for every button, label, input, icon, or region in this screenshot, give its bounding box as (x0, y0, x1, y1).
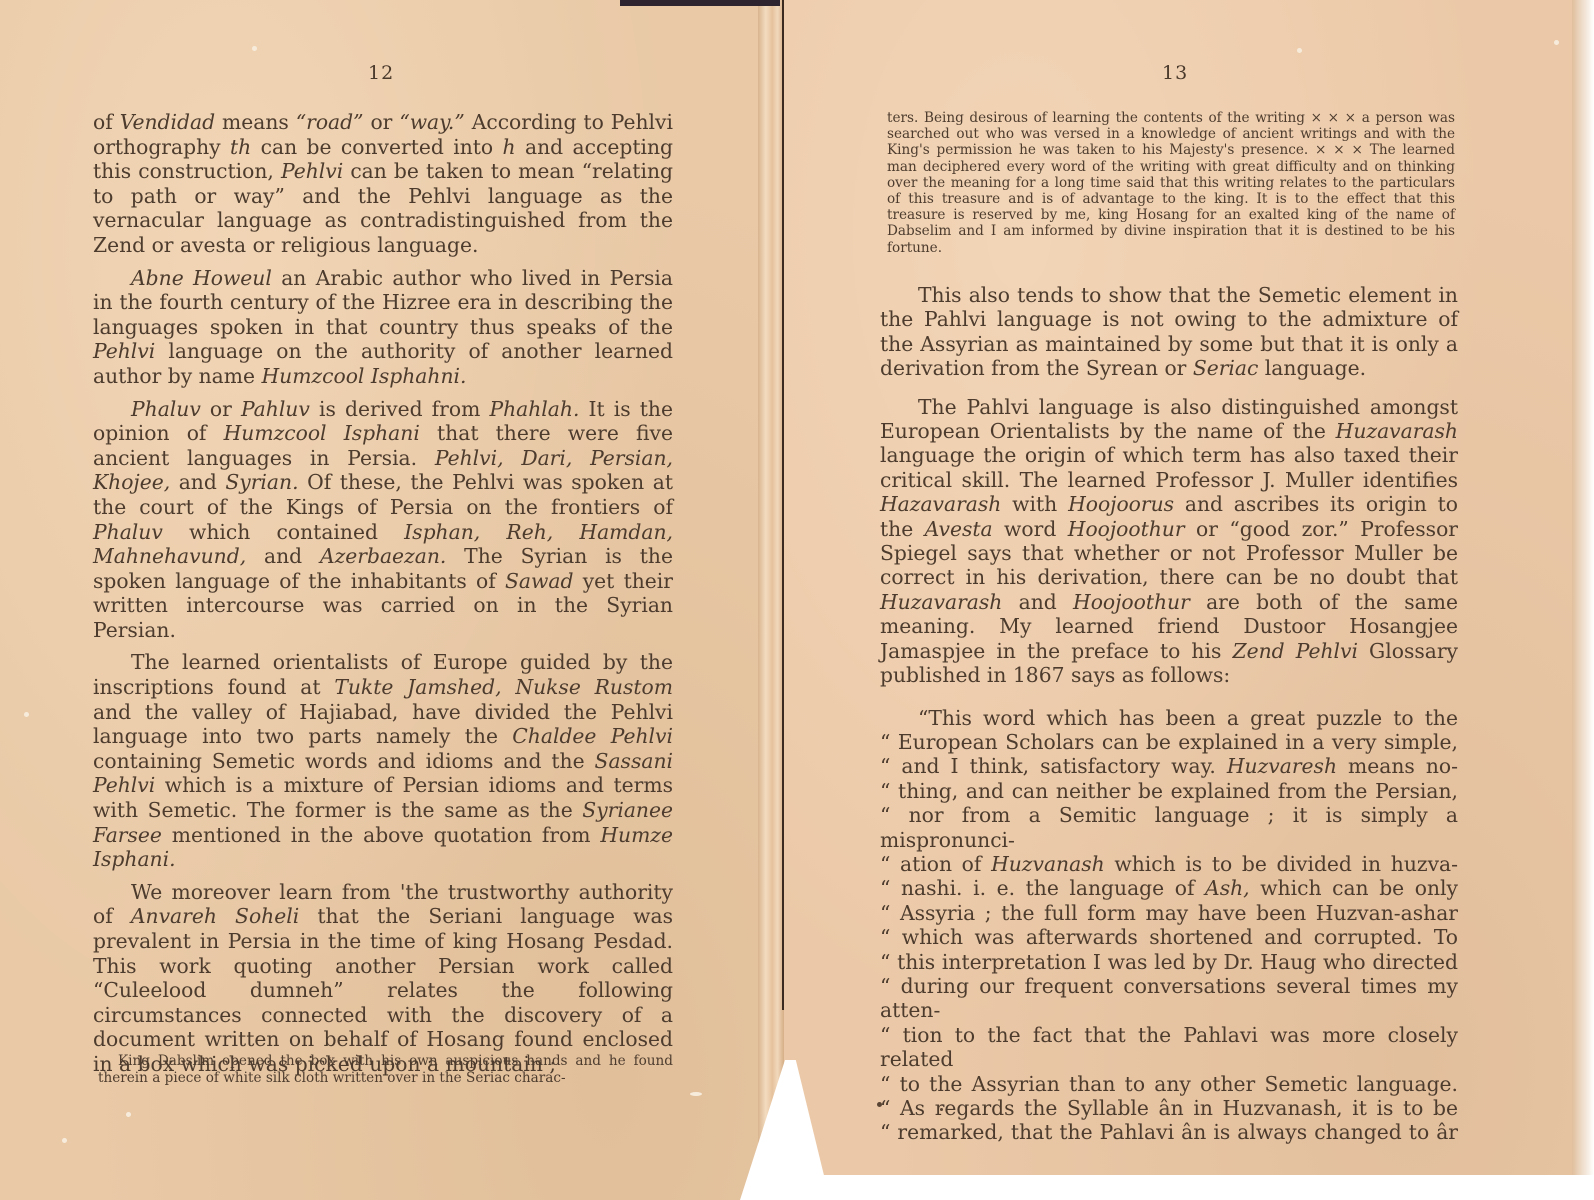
quote-line: “ nor from a Semitic language ; it is si… (880, 803, 1458, 852)
italic-term: “road” (296, 110, 364, 134)
italic-term: h (503, 135, 516, 159)
paper-speck (1297, 48, 1302, 53)
paper-speck (62, 1138, 67, 1143)
quote-line: “ As regards the Syllable ân in Huzvanas… (880, 1096, 1458, 1120)
italic-term: Vendidad (120, 110, 215, 134)
left-page: 12 of Vendidad means “road” or “way.” Ac… (0, 0, 760, 1200)
italic-term: Hoojoorus (1068, 492, 1174, 516)
quote-line: “ and I think, satisfactory way. Huzvare… (880, 754, 1458, 778)
italic-term: Tukte Jamshed, Nukse Rustom (334, 675, 673, 699)
footnote-text: King Dabslim opened the box with his own… (98, 1053, 673, 1087)
italic-term: Huzavarash (880, 590, 1002, 614)
quote-line: “ Assyria ; the full form may have been … (880, 901, 1458, 925)
quote-line: “This word which has been a great puzzle… (880, 706, 1458, 730)
italic-term: Anvareh Soheli (131, 904, 299, 928)
book-top-edge (620, 0, 780, 6)
paragraph: Phaluv or Pahluv is derived from Phahlah… (93, 397, 673, 643)
paper-speck (877, 1102, 882, 1107)
paper-speck (940, 1108, 943, 1111)
italic-term: Abne Howeul (131, 266, 272, 290)
paper-speck (690, 1092, 702, 1096)
italic-term: Hazavarash (880, 492, 1001, 516)
quote-line: “ remarked, that the Pahlavi ân is alway… (880, 1120, 1458, 1144)
italic-term: Syrian. (225, 470, 298, 494)
quote-line: “ ation of Huzvanash which is to be divi… (880, 852, 1458, 876)
paragraph: We moreover learn from 'the trustworthy … (93, 880, 673, 1077)
right-page: 13 ters. Being desirous of learning the … (782, 0, 1572, 1175)
spine-crease (782, 0, 784, 1010)
quote-line: “ thing, and can neither be explained fr… (880, 779, 1458, 803)
italic-term: Chaldee Pehlvi (512, 724, 673, 748)
italic-term: Humzcool Isphahni. (261, 364, 466, 388)
right-page-body: This also tends to show that the Semetic… (880, 283, 1458, 1145)
quote-line: “ to the Assyrian than to any other Seme… (880, 1072, 1458, 1096)
italic-term: Seriac (1193, 356, 1259, 380)
left-page-body: of Vendidad means “road” or “way.” Accor… (93, 110, 673, 1077)
quote-line: “ tion to the fact that the Pahlavi was … (880, 1023, 1458, 1072)
paper-speck (126, 1112, 131, 1117)
paper-speck (252, 46, 257, 51)
paper-speck (24, 712, 29, 717)
quote-line: “ during our frequent conversations seve… (880, 974, 1458, 1023)
italic-term: th (230, 135, 251, 159)
italic-term: Zend Pehlvi (1232, 639, 1357, 663)
footnote-continued-text: ters. Being desirous of learning the con… (887, 110, 1455, 256)
italic-term: Sawad (505, 569, 573, 593)
italic-term: Phahlah. (489, 397, 579, 421)
page-number-left: 12 (368, 62, 394, 84)
paragraph: of Vendidad means “road” or “way.” Accor… (93, 110, 673, 258)
italic-term: Avesta (925, 517, 993, 541)
italic-term: Phaluv (93, 520, 163, 544)
quote-line: “ European Scholars can be explained in … (880, 730, 1458, 754)
book-spine (758, 0, 784, 1200)
italic-term: Hoojoothur (1068, 517, 1185, 541)
block-quote: “This word which has been a great puzzle… (880, 706, 1458, 1145)
paragraph: The Pahlvi language is also distinguishe… (880, 395, 1458, 688)
italic-term: Azerbaezan. (320, 544, 446, 568)
italic-term: “way.” (399, 110, 464, 134)
italic-term: Humzcool Isphani (224, 421, 420, 445)
italic-term: Pehlvi (93, 339, 155, 363)
page-edge (1572, 0, 1594, 1175)
italic-term: Pehlvi (281, 159, 343, 183)
page-number-right: 13 (1162, 62, 1188, 84)
paragraph: Abne Howeul an Arabic author who lived i… (93, 266, 673, 389)
paragraph: This also tends to show that the Semetic… (880, 283, 1458, 381)
italic-term: Huzvaresh (1227, 754, 1337, 778)
italic-term: Ash, (1205, 876, 1250, 900)
italic-term: Huzvanash (991, 852, 1105, 876)
left-page-footnote: King Dabslim opened the box with his own… (98, 1053, 673, 1087)
italic-term: Pahluv (241, 397, 310, 421)
paragraph: The learned orientalists of Europe guide… (93, 650, 673, 871)
quote-line: “ nashi. i. e. the language of Ash, whic… (880, 876, 1458, 900)
italic-term: Phaluv (131, 397, 201, 421)
quote-line: “ this interpretation I was led by Dr. H… (880, 950, 1458, 974)
right-page-footnote: ters. Being desirous of learning the con… (887, 110, 1455, 256)
quote-line: “ which was afterwards shortened and cor… (880, 925, 1458, 949)
italic-term: Huzavarash (1336, 419, 1458, 443)
paper-speck (1554, 40, 1559, 45)
italic-term: Hoojoothur (1073, 590, 1190, 614)
